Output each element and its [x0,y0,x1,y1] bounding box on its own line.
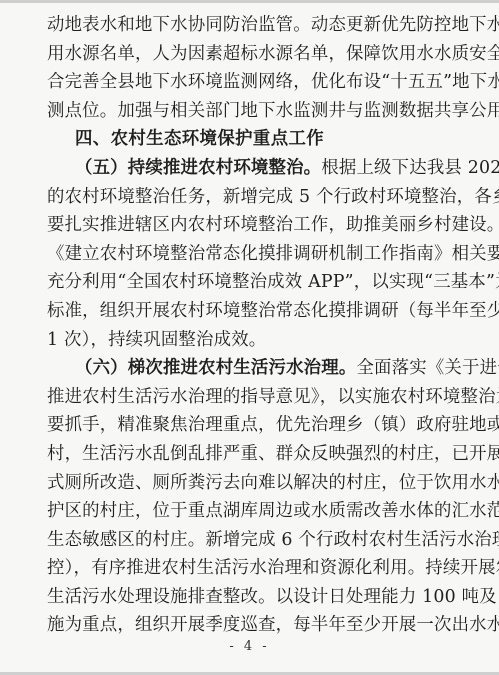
item6-first-line-text: 全面落实《关于进一步 [356,358,499,378]
item6-title: （六）梯次推进农村生活污水治理。 [75,358,356,378]
paragraph-line: 动地表水和地下水协同防治监管。动态更新优先防控地下水型饮 [47,11,455,40]
item5-first-line: （五）持续推进农村环境整治。根据上级下达我县 2025 年 [47,154,455,183]
paragraph-line: 要抓手，精准聚焦治理重点，优先治理乡（镇）政府驻地或中心 [47,411,455,440]
paragraph-line: 推进农村生活污水治理的指导意见》，以实施农村环境整治为重 [47,383,455,412]
paragraph-line: 控），有序推进农村生活污水治理和资源化利用。持续开展农村 [47,554,455,583]
paragraph-line: 充分利用“全国农村环境整治成效 APP”，以实现“三基本”为 [47,268,455,297]
item5-title: （五）持续推进农村环境整治。 [75,158,321,178]
paragraph-line: 式厕所改造、厕所粪污去向难以解决的村庄，位于饮用水水源保 [47,469,455,498]
paragraph-line: 合完善全县地下水环境监测网络，优化布设“十五五”地下水监 [47,68,455,97]
paragraph-line: 护区的村庄，位于重点湖库周边或水质需改善水体的汇水范围或 [47,497,455,526]
paragraph-line: 生态敏感区的村庄。新增完成 6 个行政村农村生活污水治理（管 [47,526,455,555]
paragraph-line: 生活污水处理设施排查整改。以设计日处理能力 100 吨及以上设 [47,583,455,612]
item6-first-line: （六）梯次推进农村生活污水治理。全面落实《关于进一步 [47,354,455,383]
document-body: 动地表水和地下水协同防治监管。动态更新优先防控地下水型饮 用水源名单，人为因素超… [47,11,455,640]
paragraph-line: 的农村环境整治任务，新增完成 5 个行政村环境整治，各乡（镇） [47,183,455,212]
page-number: - 4 - [0,639,499,654]
paragraph-line: 施为重点，组织开展季度巡查，每半年至少开展一次出水水质监 [47,611,455,640]
paragraph-line: 《建立农村环境整治常态化摸排调研机制工作指南》相关要求， [47,240,455,269]
paragraph-line: 1 次），持续巩固整治成效。 [47,326,455,355]
paragraph-line: 村，生活污水乱倒乱排严重、群众反映强烈的村庄，已开展水冲 [47,440,455,469]
item5-first-line-text: 根据上级下达我县 2025 年 [321,158,499,178]
paragraph-line: 标准，组织开展农村环境整治常态化摸排调研（每半年至少开展 [47,297,455,326]
section-heading: 四、农村生态环境保护重点工作 [47,125,455,154]
document-page: 动地表水和地下水协同防治监管。动态更新优先防控地下水型饮 用水源名单，人为因素超… [0,3,499,672]
paragraph-line: 要扎实推进辖区内农村环境整治工作，助推美丽乡村建设。按照 [47,211,455,240]
paragraph-line: 用水源名单，人为因素超标水源名单，保障饮用水水质安全。配 [47,40,455,69]
paragraph-line: 测点位。加强与相关部门地下水监测井与监测数据共享公用。 [47,97,455,126]
